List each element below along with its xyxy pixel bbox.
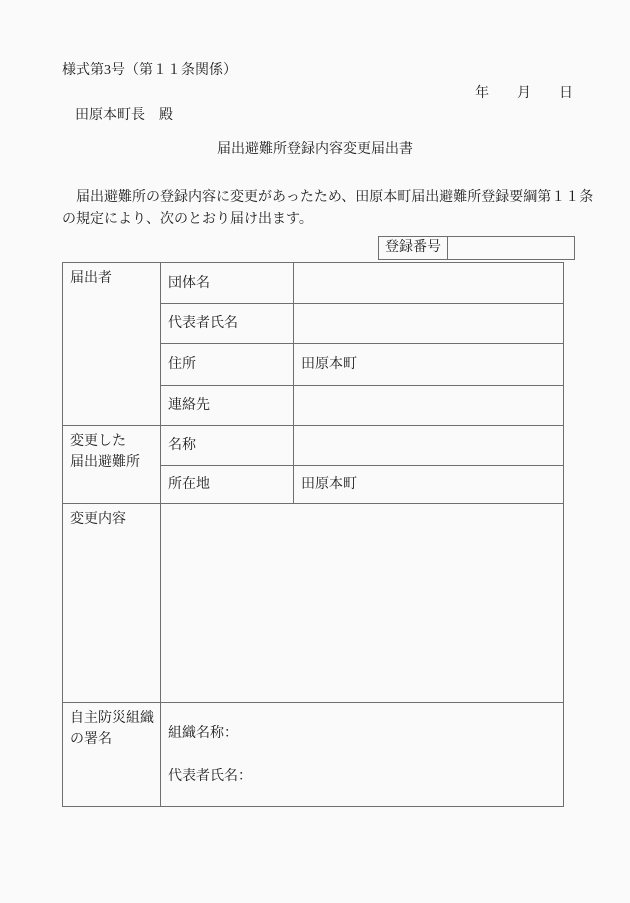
group-label-applicant: 届出者 <box>63 263 161 426</box>
registration-number-box: 登録番号 <box>378 236 575 260</box>
signature-content-cell: 組織名称： 代表者氏名： <box>161 703 564 807</box>
registration-number-label: 登録番号 <box>378 236 448 260</box>
document-page: 様式第3号（第１１条関係） 年 月 日 田原本町長 殿 届出避難所登録内容変更届… <box>0 0 630 903</box>
signature-rep-name-label: 代表者氏名： <box>168 766 559 787</box>
form-style-number: 様式第3号（第１１条関係） <box>62 63 237 78</box>
signature-org-name-label: 組織名称： <box>168 723 559 744</box>
field-value-contact <box>294 386 564 426</box>
table-row: 変更内容 <box>63 504 564 703</box>
table-row: 変更した 届出避難所 名称 <box>63 426 564 466</box>
group-label-change-details: 変更内容 <box>63 504 161 703</box>
group-label-signature: 自主防災組織 の署名 <box>63 703 161 807</box>
group-label-changed-shelter-line1: 変更した <box>70 434 126 449</box>
group-label-changed-shelter-line2: 届出避難所 <box>70 455 140 470</box>
group-label-changed-shelter: 変更した 届出避難所 <box>63 426 161 504</box>
field-label-representative-name: 代表者氏名 <box>161 304 294 344</box>
body-paragraph-line-1: 届出避難所の登録内容に変更があったため、田原本町届出避難所登録要綱第１１条 <box>62 190 593 205</box>
field-label-shelter-name: 名称 <box>161 426 294 466</box>
registration-number-value <box>447 236 575 260</box>
field-value-representative-name <box>294 304 564 344</box>
date-line: 年 月 日 <box>475 86 573 101</box>
group-label-signature-line2: の署名 <box>70 732 112 747</box>
addressee: 田原本町長 殿 <box>75 108 173 123</box>
field-label-contact: 連絡先 <box>161 386 294 426</box>
field-value-address: 田原本町 <box>294 344 564 386</box>
field-value-shelter-location: 田原本町 <box>294 466 564 504</box>
document-title: 届出避難所登録内容変更届出書 <box>0 142 630 157</box>
table-row: 自主防災組織 の署名 組織名称： 代表者氏名： <box>63 703 564 807</box>
field-value-change-details <box>161 504 564 703</box>
field-value-organization-name <box>294 263 564 304</box>
field-value-shelter-name <box>294 426 564 466</box>
field-label-shelter-location: 所在地 <box>161 466 294 504</box>
body-paragraph-line-2: の規定により、次のとおり届け出ます。 <box>62 212 313 227</box>
field-label-organization-name: 団体名 <box>161 263 294 304</box>
application-table: 届出者 団体名 代表者氏名 住所 田原本町 連絡先 変更した 届出避難所 <box>62 262 564 807</box>
group-label-signature-line1: 自主防災組織 <box>70 711 154 726</box>
table-row: 届出者 団体名 <box>63 263 564 304</box>
field-label-address: 住所 <box>161 344 294 386</box>
